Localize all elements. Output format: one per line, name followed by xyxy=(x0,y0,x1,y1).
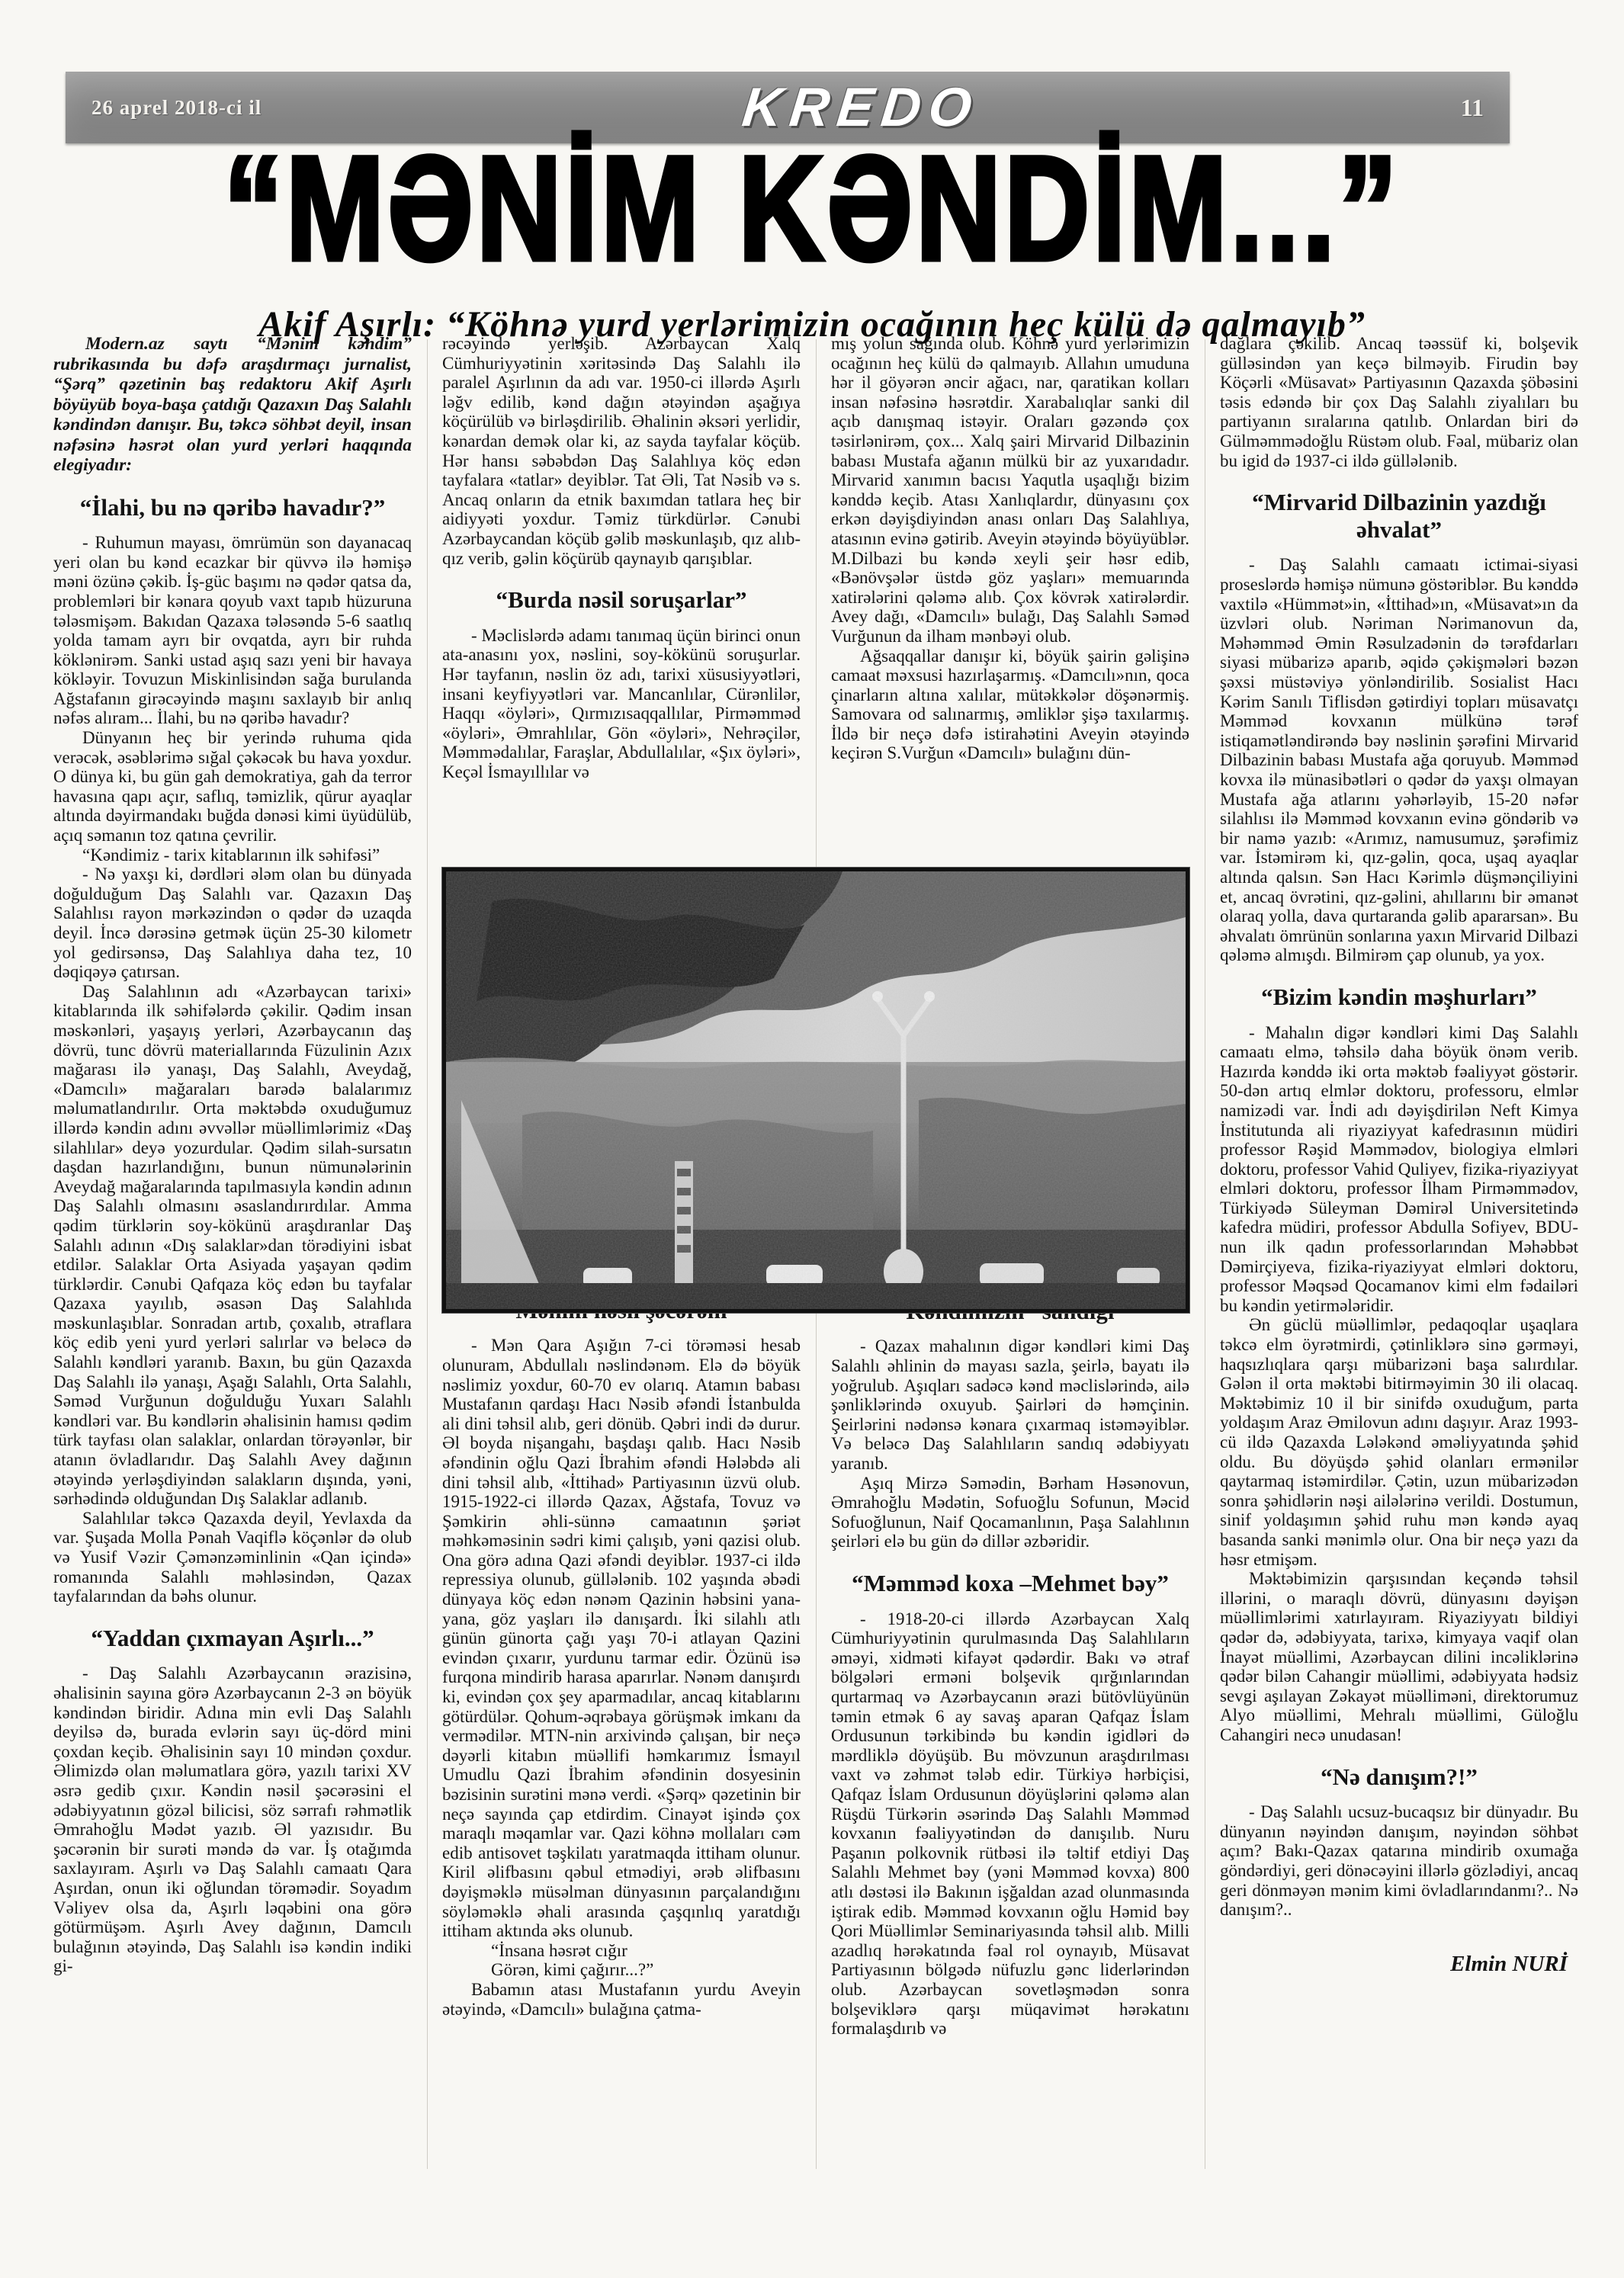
section-heading: “Məmməd koxa –Mehmet bəy” xyxy=(831,1570,1189,1597)
paragraph: - Daş Salahlı Azərbaycanın ərazisinə, əh… xyxy=(53,1664,412,1976)
paragraph: - 1918-20-ci illərdə Azərbaycan Xalq Cüm… xyxy=(831,1609,1189,2039)
section-heading: “Yaddan çıxmayan Aşırlı...” xyxy=(53,1625,412,1652)
paragraph: Salahlılar təkcə Qazaxda deyil, Yevlaxda… xyxy=(53,1509,412,1606)
mountain-photo-illustration xyxy=(446,871,1186,1309)
paragraph: Daş Salahlının adı «Azərbaycan tarixi» k… xyxy=(53,982,412,1509)
column-4: dağlara çəkilib. Ancaq təəssüf ki, bolşe… xyxy=(1220,334,1578,2039)
author-byline: Elmin NURİ xyxy=(1220,1955,1578,1975)
issue-date: 26 aprel 2018-ci il xyxy=(91,96,262,120)
paragraph: - Mən Qara Aşığın 7-ci törəməsi hesab ol… xyxy=(442,1336,801,1940)
paragraph: Dünyanın heç bir yerində ruhuma qida ver… xyxy=(53,728,412,845)
paragraph: Ən güclü müəllimlər, pedaqoqlar uşaqlara… xyxy=(1220,1315,1578,1569)
article-photo xyxy=(442,868,1189,1313)
paragraph: Məktəbimizin qarşısından keçəndə təhsil … xyxy=(1220,1569,1578,1744)
paragraph-continuation: mış yolun sağında olub. Köhnə yurd yerlə… xyxy=(831,334,1189,647)
section-heading: “Mirvarid Dilbazinin yazdığı əhvalat” xyxy=(1220,489,1578,543)
paragraph: - Mahalın digər kəndləri kimi Daş Salahl… xyxy=(1220,1023,1578,1316)
column-1: Modern.az saytı “Mənim kəndim” rubrikası… xyxy=(53,334,412,2039)
section-heading: “İlahi, bu nə qəribə havadır?” xyxy=(53,494,412,521)
paragraph: Babamın atası Mustafanın yurdu Aveyin ət… xyxy=(442,1980,801,2019)
section-heading: “Nə danışım?!” xyxy=(1220,1763,1578,1791)
paragraph: - Məclislərdə adamı tanımaq üçün birinci… xyxy=(442,626,801,782)
paragraph: - Ruhumun mayası, ömrümün son dayanacaq … xyxy=(53,533,412,728)
page-number: 11 xyxy=(1461,94,1484,122)
lead-paragraph: Modern.az saytı “Mənim kəndim” rubrikası… xyxy=(53,334,412,476)
paragraph: - Daş Salahlı camaatı ictimai-siyasi pro… xyxy=(1220,555,1578,964)
newspaper-page: 26 aprel 2018-ci il KREDO 11 “MƏNİM KƏND… xyxy=(0,0,1624,2278)
section-heading: “Burda nəsil soruşarlar” xyxy=(442,586,801,614)
column-divider xyxy=(1205,339,1205,2169)
paragraph: Ağsaqqallar danışır ki, böyük şairin gəl… xyxy=(831,647,1189,764)
column-divider xyxy=(427,339,428,2169)
paragraph: “Kəndimiz - tarix kitablarının ilk səhif… xyxy=(53,845,412,865)
paragraph-continuation: dağlara çəkilib. Ancaq təəssüf ki, bolşe… xyxy=(1220,334,1578,470)
paragraph: - Daş Salahlı ucsuz-bucaqsız bir dünyadı… xyxy=(1220,1802,1578,1920)
headline-block: “MƏNİM KƏNDİM...” Akif Aşırlı: “Köhnə yu… xyxy=(0,142,1624,345)
paragraph: - Nə yaxşı ki, dərdləri ələm olan bu dün… xyxy=(53,865,412,982)
article-title: “MƏNİM KƏNDİM...” xyxy=(0,132,1624,287)
section-heading: “Bizim kəndin məşhurları” xyxy=(1220,983,1578,1011)
paragraph-continuation: rəcəyində yerləşib. Azərbaycan Xalq Cümh… xyxy=(442,334,801,568)
verse-quote: “İnsana həsrət cığır Görən, kimi çağırır… xyxy=(442,1941,801,1980)
paragraph: Aşıq Mirzə Səmədin, Bərham Həsənovun, Əm… xyxy=(831,1474,1189,1551)
paragraph: - Qazax mahalının digər kəndləri kimi Da… xyxy=(831,1336,1189,1473)
